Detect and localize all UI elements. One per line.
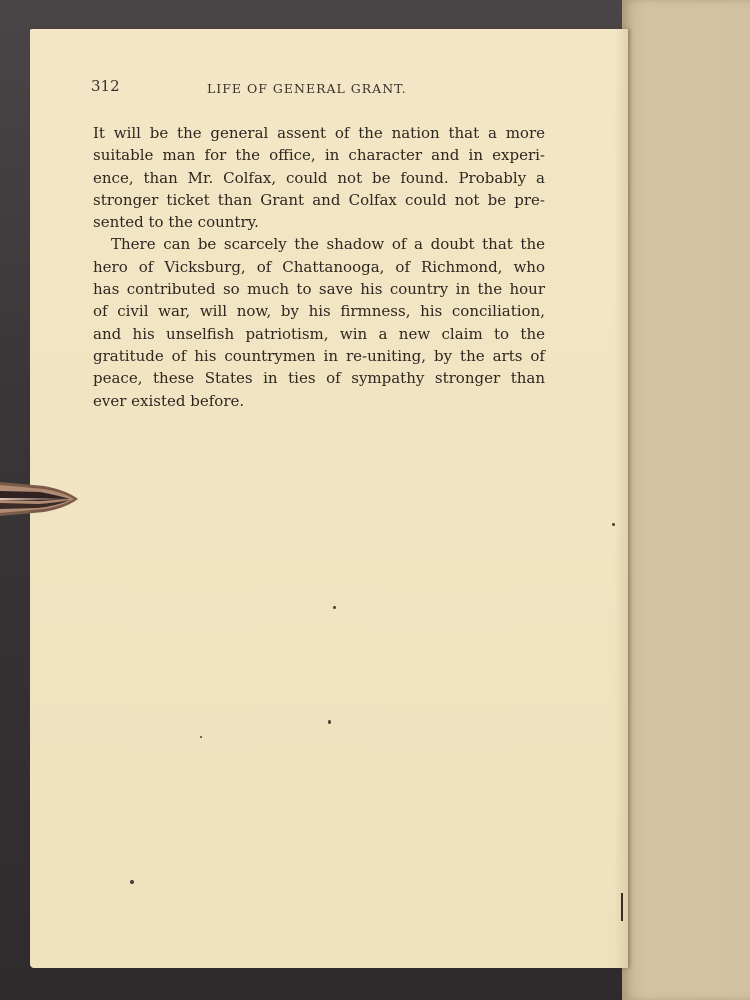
text-line: stronger ticket than Grant and Colfax co… <box>93 189 545 211</box>
page-body: It will be the general assent of the nat… <box>93 122 545 412</box>
pen-tip-icon <box>0 478 78 520</box>
paragraph-1: It will be the general assent of the nat… <box>93 122 545 233</box>
paper-speck <box>130 880 134 884</box>
page-edge-mark <box>621 893 623 921</box>
text-line: It will be the general assent of the nat… <box>93 122 545 144</box>
text-line: of civil war, will now, by his firmness,… <box>93 300 545 322</box>
text-line: ence, than Mr. Colfax, could not be foun… <box>93 167 545 189</box>
paper-speck <box>200 736 202 738</box>
text-line: hero of Vicksburg, of Chattanooga, of Ri… <box>93 256 545 278</box>
page-header: 312 LIFE OF GENERAL GRANT. <box>91 77 541 97</box>
paper-speck <box>328 720 331 724</box>
text-line: sented to the country. <box>93 211 545 233</box>
text-line: and his unselfish patriotism, win a new … <box>93 323 545 345</box>
paper-speck <box>333 606 336 609</box>
paper-speck <box>612 523 615 526</box>
text-line: suitable man for the office, in characte… <box>93 144 545 166</box>
text-line: peace, these States in ties of sympathy … <box>93 367 545 389</box>
text-line: gratitude of his countrymen in re-unitin… <box>93 345 545 367</box>
paragraph-2: There can be scarcely the shadow of a do… <box>93 233 545 411</box>
running-head: LIFE OF GENERAL GRANT. <box>207 81 407 96</box>
page-number: 312 <box>91 77 120 95</box>
text-line: ever existed before. <box>93 390 545 412</box>
text-line: There can be scarcely the shadow of a do… <box>93 233 545 255</box>
facing-page-edge <box>622 0 750 1000</box>
text-line: has contributed so much to save his coun… <box>93 278 545 300</box>
